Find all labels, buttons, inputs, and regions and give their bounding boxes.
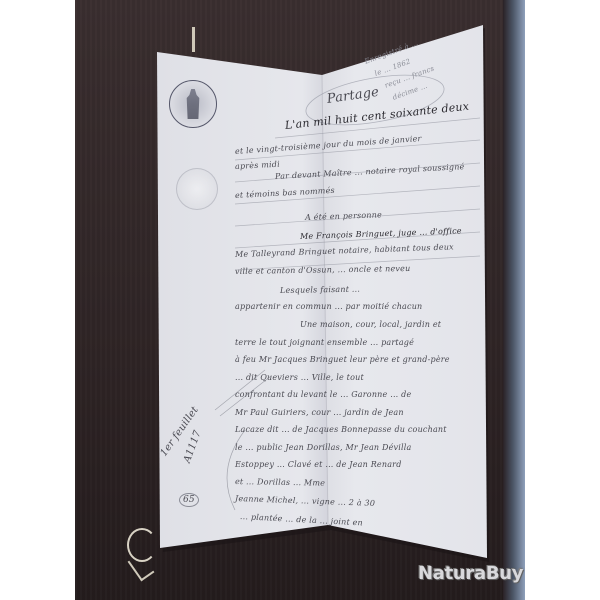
text-line: à feu Mr Jacques Bringuet leur père et g… [235, 355, 450, 364]
text-line: et ... Dorillas ... Mme [235, 477, 325, 488]
text-line: Lacaze dit ... de Jacques Bonnepasse du … [235, 425, 447, 434]
naturabuy-watermark: NaturaBuy [418, 563, 523, 584]
document-photograph: Enregistré à ... le ... 1862 reçu ... fr… [75, 0, 525, 600]
photo-edge-strip [503, 0, 525, 600]
folded-paper [75, 0, 525, 600]
text-line: Mr Paul Guiriers, cour ... jardin de Jea… [235, 408, 404, 417]
embossed-seal-icon [176, 168, 218, 210]
top-string-tie [192, 27, 195, 52]
text-line: Estoppey ... Clavé et ... de Jean Renard [235, 460, 402, 469]
text-line: terre le tout joignant ensemble ... part… [235, 338, 414, 347]
text-line: appartenir en commun ... par moitié chac… [235, 302, 422, 311]
text-line: confrontant du levant le ... Garonne ...… [235, 390, 411, 399]
margin-note-circled-number: 65 [179, 493, 199, 507]
text-line: ... dit Queviers ... Ville, le tout [235, 373, 364, 382]
text-line: Une maison, cour, local, jardin et [300, 320, 441, 329]
text-line: Lesquels faisant ... [280, 285, 360, 295]
imperial-stamp-icon [169, 80, 217, 128]
text-line: le ... public Jean Dorillas, Mr Jean Dév… [235, 443, 412, 452]
